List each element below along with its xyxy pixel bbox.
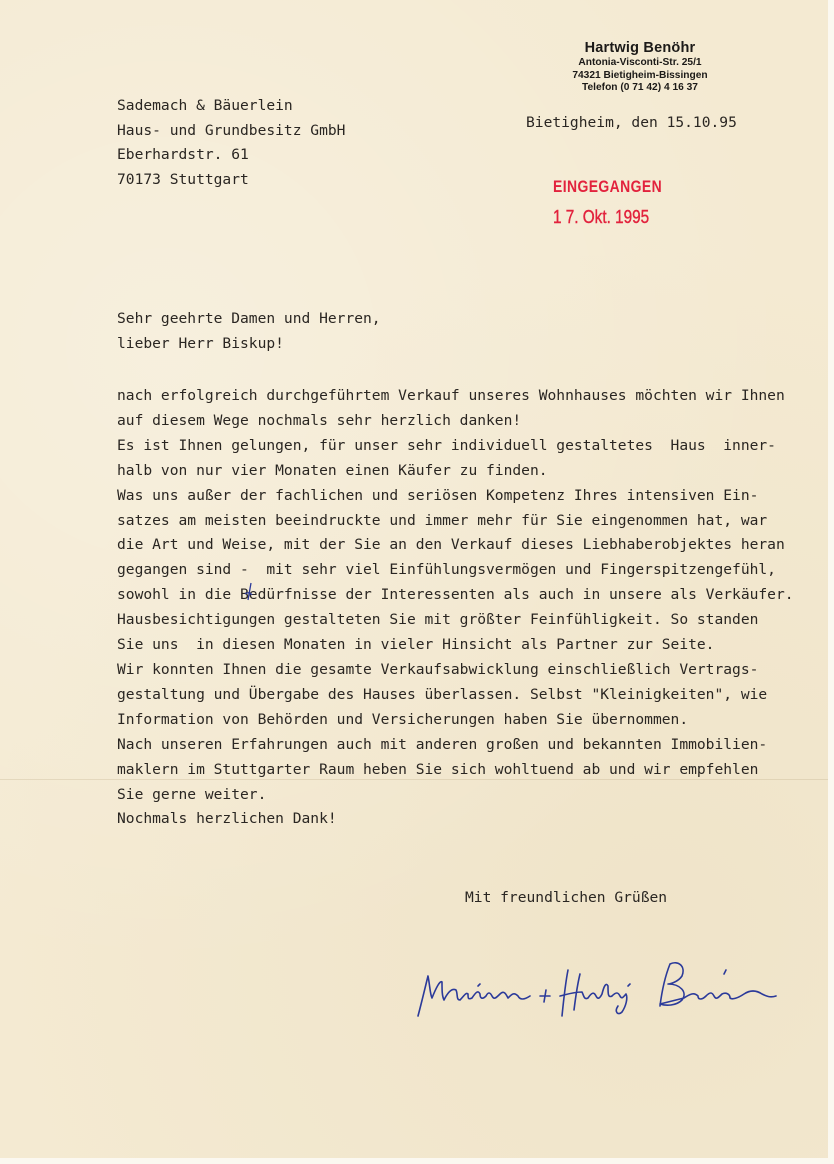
body-line: sowohl in die Bedürfnisse der Interessen…: [117, 583, 794, 608]
letterhead: Hartwig Benöhr Antonia-Visconti-Str. 25/…: [555, 40, 725, 95]
scan-edge-bottom: [0, 1158, 834, 1164]
closing-phrase: Mit freundlichen Grüßen: [465, 889, 667, 906]
salutation: Sehr geehrte Damen und Herren, lieber He…: [117, 306, 381, 356]
body-line: Hausbesichtigungen gestalteten Sie mit g…: [117, 608, 794, 633]
salutation-line: lieber Herr Biskup!: [117, 331, 381, 356]
ink-correction-mark: [244, 582, 254, 602]
sender-name: Hartwig Benöhr: [555, 40, 725, 57]
body-line: halb von nur vier Monaten einen Käufer z…: [117, 459, 794, 484]
body-line: gestaltung und Übergabe des Hauses überl…: [117, 683, 794, 708]
sender-street: Antonia-Visconti-Str. 25/1: [555, 57, 725, 70]
signature-icon: [412, 946, 792, 1026]
stamp-date: 1 7. Okt. 1995: [553, 207, 666, 228]
salutation-line: Sehr geehrte Damen und Herren,: [117, 306, 381, 331]
paper-fold-line: [0, 779, 828, 780]
body-line: nach erfolgreich durchgeführtem Verkauf …: [117, 384, 794, 409]
recipient-line: 70173 Stuttgart: [117, 168, 345, 193]
body-line: Information von Behörden und Versicherun…: [117, 708, 794, 733]
body-line: Nach unseren Erfahrungen auch mit andere…: [117, 733, 794, 758]
body-line: Sie uns in diesen Monaten in vieler Hins…: [117, 633, 794, 658]
sender-city: 74321 Bietigheim-Bissingen: [555, 70, 725, 83]
date-line: Bietigheim, den 15.10.95: [526, 114, 737, 131]
letter-page: Hartwig Benöhr Antonia-Visconti-Str. 25/…: [0, 0, 828, 1158]
body-line: Nochmals herzlichen Dank!: [117, 807, 794, 832]
stamp-title: EINGEGANGEN: [553, 177, 662, 197]
body-line: satzes am meisten beeindruckte und immer…: [117, 509, 794, 534]
body-line: auf diesem Wege nochmals sehr herzlich d…: [117, 409, 794, 434]
recipient-line: Sademach & Bäuerlein: [117, 94, 345, 119]
received-stamp: EINGEGANGEN 1 7. Okt. 1995: [553, 177, 686, 228]
body-line: gegangen sind - mit sehr viel Einfühlung…: [117, 558, 794, 583]
body-line: Was uns außer der fachlichen und seriöse…: [117, 484, 794, 509]
body-line: Es ist Ihnen gelungen, für unser sehr in…: [117, 434, 794, 459]
recipient-address: Sademach & Bäuerlein Haus- und Grundbesi…: [117, 94, 345, 193]
recipient-line: Eberhardstr. 61: [117, 143, 345, 168]
recipient-line: Haus- und Grundbesitz GmbH: [117, 119, 345, 144]
sender-phone: Telefon (0 71 42) 4 16 37: [555, 82, 725, 95]
body-line: Wir konnten Ihnen die gesamte Verkaufsab…: [117, 658, 794, 683]
handwritten-signature: [412, 946, 792, 1026]
body-line: Sie gerne weiter.: [117, 783, 794, 808]
scan-edge-right: [828, 0, 834, 1164]
body-line: die Art und Weise, mit der Sie an den Ve…: [117, 533, 794, 558]
letter-body: nach erfolgreich durchgeführtem Verkauf …: [117, 384, 794, 832]
